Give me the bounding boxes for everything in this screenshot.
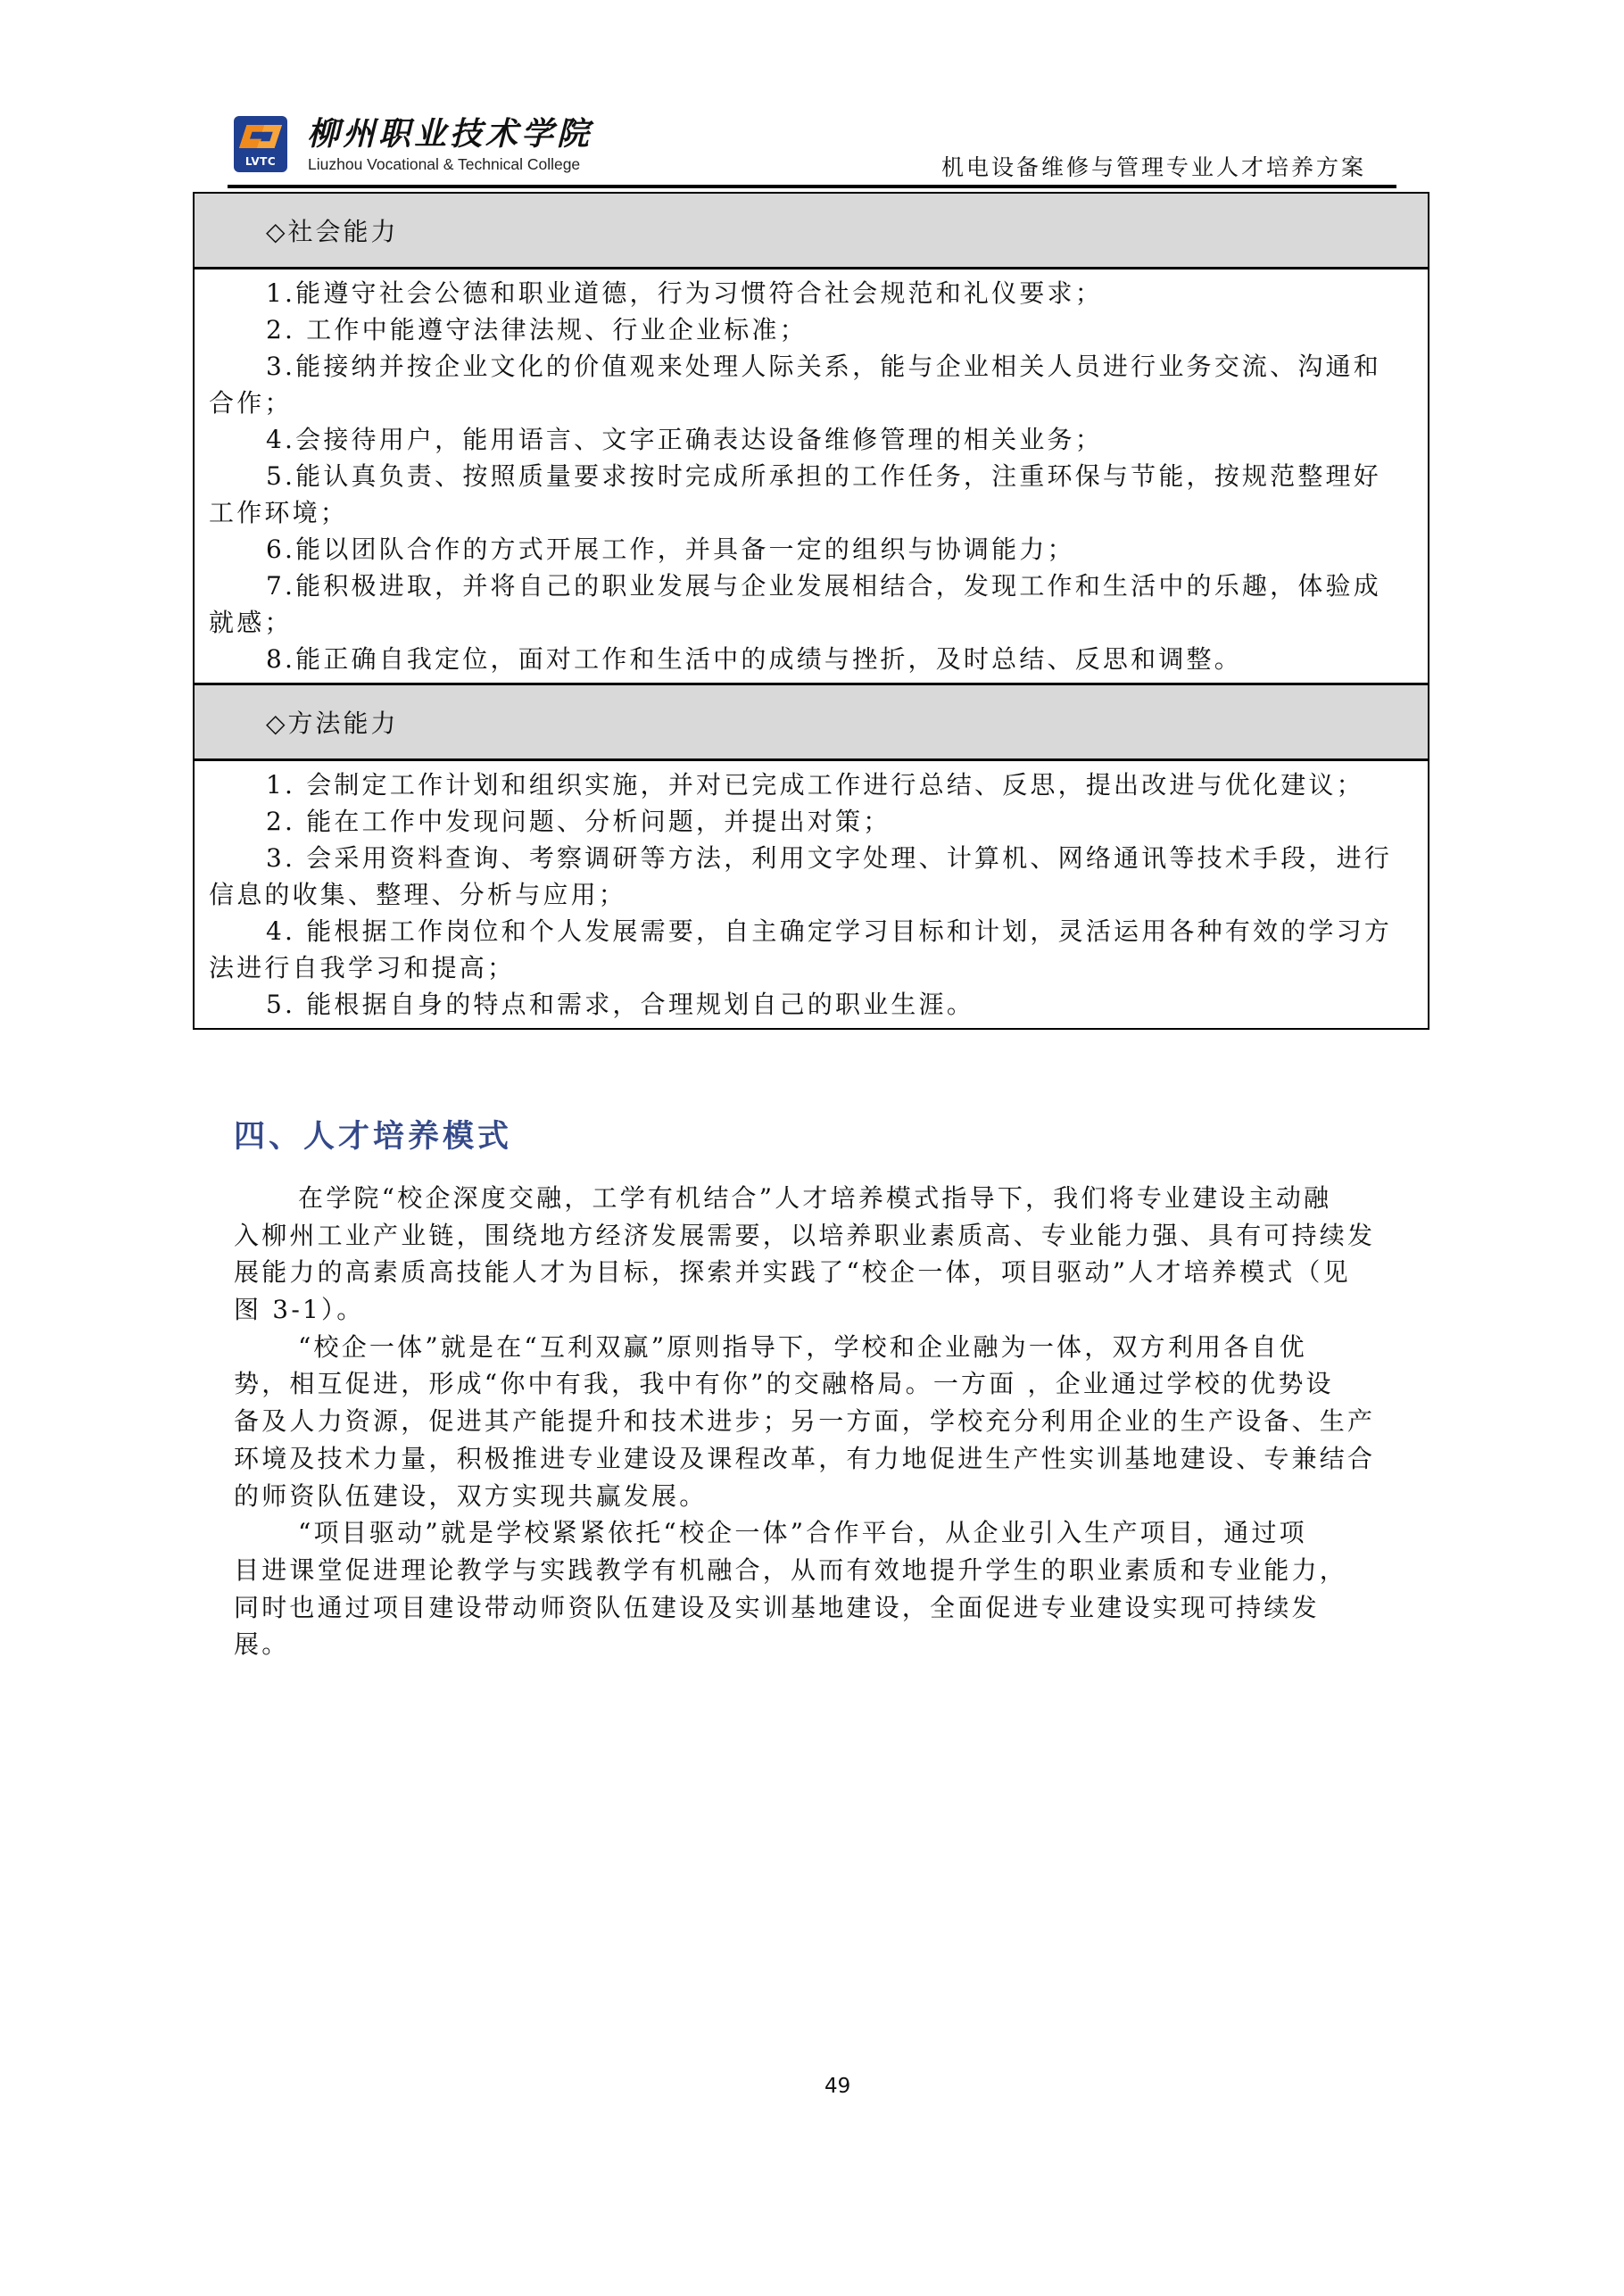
paragraph-line: “校企一体”就是在“互利双赢”原则指导下，学校和企业融为一体，双方利用各自优 [234, 1329, 1412, 1366]
paragraph-line: 入柳州工业产业链，围绕地方经济发展需要，以培养职业素质高、专业能力强、具有可持续… [234, 1217, 1412, 1255]
list-item: 1.能遵守社会公德和职业道德，行为习惯符合社会规范和礼仪要求； [209, 275, 1415, 311]
list-item-continuation: 信息的收集、整理、分析与应用； [209, 876, 1415, 913]
paragraph-line: 的师资队伍建设，双方实现共赢发展。 [234, 1478, 1412, 1515]
table-section-body-method: 1. 会制定工作计划和组织实施，并对已完成工作进行总结、反思，提出改进与优化建议… [195, 761, 1428, 1028]
paragraph-line: 同时也通过项目建设带动师资队伍建设及实训基地建设，全面促进专业建设实现可持续发 [234, 1589, 1412, 1627]
list-item: 1. 会制定工作计划和组织实施，并对已完成工作进行总结、反思，提出改进与优化建议… [209, 767, 1415, 803]
section-heading: 四、人才培养模式 [234, 1117, 512, 1156]
paragraph-line: “项目驱动”就是学校紧紧依托“校企一体”合作平台，从企业引入生产项目，通过项 [234, 1514, 1412, 1552]
section-body: 在学院“校企深度交融，工学有机结合”人才培养模式指导下，我们将专业建设主动融 入… [234, 1180, 1412, 1663]
document-title: 机电设备维修与管理专业人才培养方案 [941, 154, 1366, 181]
paragraph-line: 势，相互促进，形成“你中有我，我中有你”的交融格局。一方面 ，企业通过学校的优势… [234, 1365, 1412, 1403]
paragraph-line: 在学院“校企深度交融，工学有机结合”人才培养模式指导下，我们将专业建设主动融 [234, 1180, 1412, 1217]
ability-table: ◇社会能力 1.能遵守社会公德和职业道德，行为习惯符合社会规范和礼仪要求； 2.… [193, 192, 1429, 1030]
page-number: 49 [824, 2075, 850, 2098]
college-logo: LVTC [234, 116, 287, 172]
college-name-en: Liuzhou Vocational & Technical College [308, 155, 580, 173]
paragraph-line: 展能力的高素质高技能人才为目标，探索并实践了“校企一体，项目驱动”人才培养模式（… [234, 1254, 1412, 1291]
list-item: 3.能接纳并按企业文化的价值观来处理人际关系，能与企业相关人员进行业务交流、沟通… [209, 348, 1415, 385]
list-item: 5.能认真负责、按照质量要求按时完成所承担的工作任务，注重环保与节能，按规范整理… [209, 458, 1415, 494]
list-item: 2. 能在工作中发现问题、分析问题，并提出对策； [209, 803, 1415, 840]
list-item-continuation: 法进行自我学习和提高； [209, 949, 1415, 986]
section-title-method: ◇方法能力 [266, 704, 399, 740]
list-item: 3. 会采用资料查询、考察调研等方法，利用文字处理、计算机、网络通讯等技术手段，… [209, 840, 1415, 876]
table-section-header-method: ◇方法能力 [195, 685, 1428, 761]
list-item: 2. 工作中能遵守法律法规、行业企业标准； [209, 311, 1415, 348]
list-item: 4.会接待用户，能用语言、文字正确表达设备维修管理的相关业务； [209, 421, 1415, 458]
table-section-header-social: ◇社会能力 [195, 194, 1428, 269]
list-item-continuation: 合作； [209, 385, 1415, 421]
logo-text: LVTC [234, 155, 287, 168]
table-section-body-social: 1.能遵守社会公德和职业道德，行为习惯符合社会规范和礼仪要求； 2. 工作中能遵… [195, 269, 1428, 685]
list-item: 4. 能根据工作岗位和个人发展需要，自主确定学习目标和计划，灵活运用各种有效的学… [209, 913, 1415, 949]
paragraph-line: 展。 [234, 1626, 1412, 1663]
paragraph-line: 目进课堂促进理论教学与实践教学有机融合，从而有效地提升学生的职业素质和专业能力， [234, 1552, 1412, 1589]
header-rule [228, 185, 1396, 188]
list-item-continuation: 就感； [209, 604, 1415, 641]
paragraph-line: 环境及技术力量，积极推进专业建设及课程改革，有力地促进生产性实训基地建设、专兼结… [234, 1440, 1412, 1478]
list-item: 6.能以团队合作的方式开展工作，并具备一定的组织与协调能力； [209, 531, 1415, 568]
list-item: 5. 能根据自身的特点和需求，合理规划自己的职业生涯。 [209, 986, 1415, 1023]
paragraph-line: 备及人力资源，促进其产能提升和技术进步；另一方面，学校充分利用企业的生产设备、生… [234, 1403, 1412, 1440]
list-item-continuation: 工作环境； [209, 494, 1415, 531]
college-name-cn: 柳州职业技术学院 [307, 114, 592, 153]
list-item: 7.能积极进取，并将自己的职业发展与企业发展相结合，发现工作和生活中的乐趣，体验… [209, 568, 1415, 604]
section-title-social: ◇社会能力 [266, 212, 399, 248]
paragraph-line: 图 3-1）。 [234, 1291, 1412, 1329]
list-item: 8.能正确自我定位，面对工作和生活中的成绩与挫折，及时总结、反思和调整。 [209, 641, 1415, 677]
